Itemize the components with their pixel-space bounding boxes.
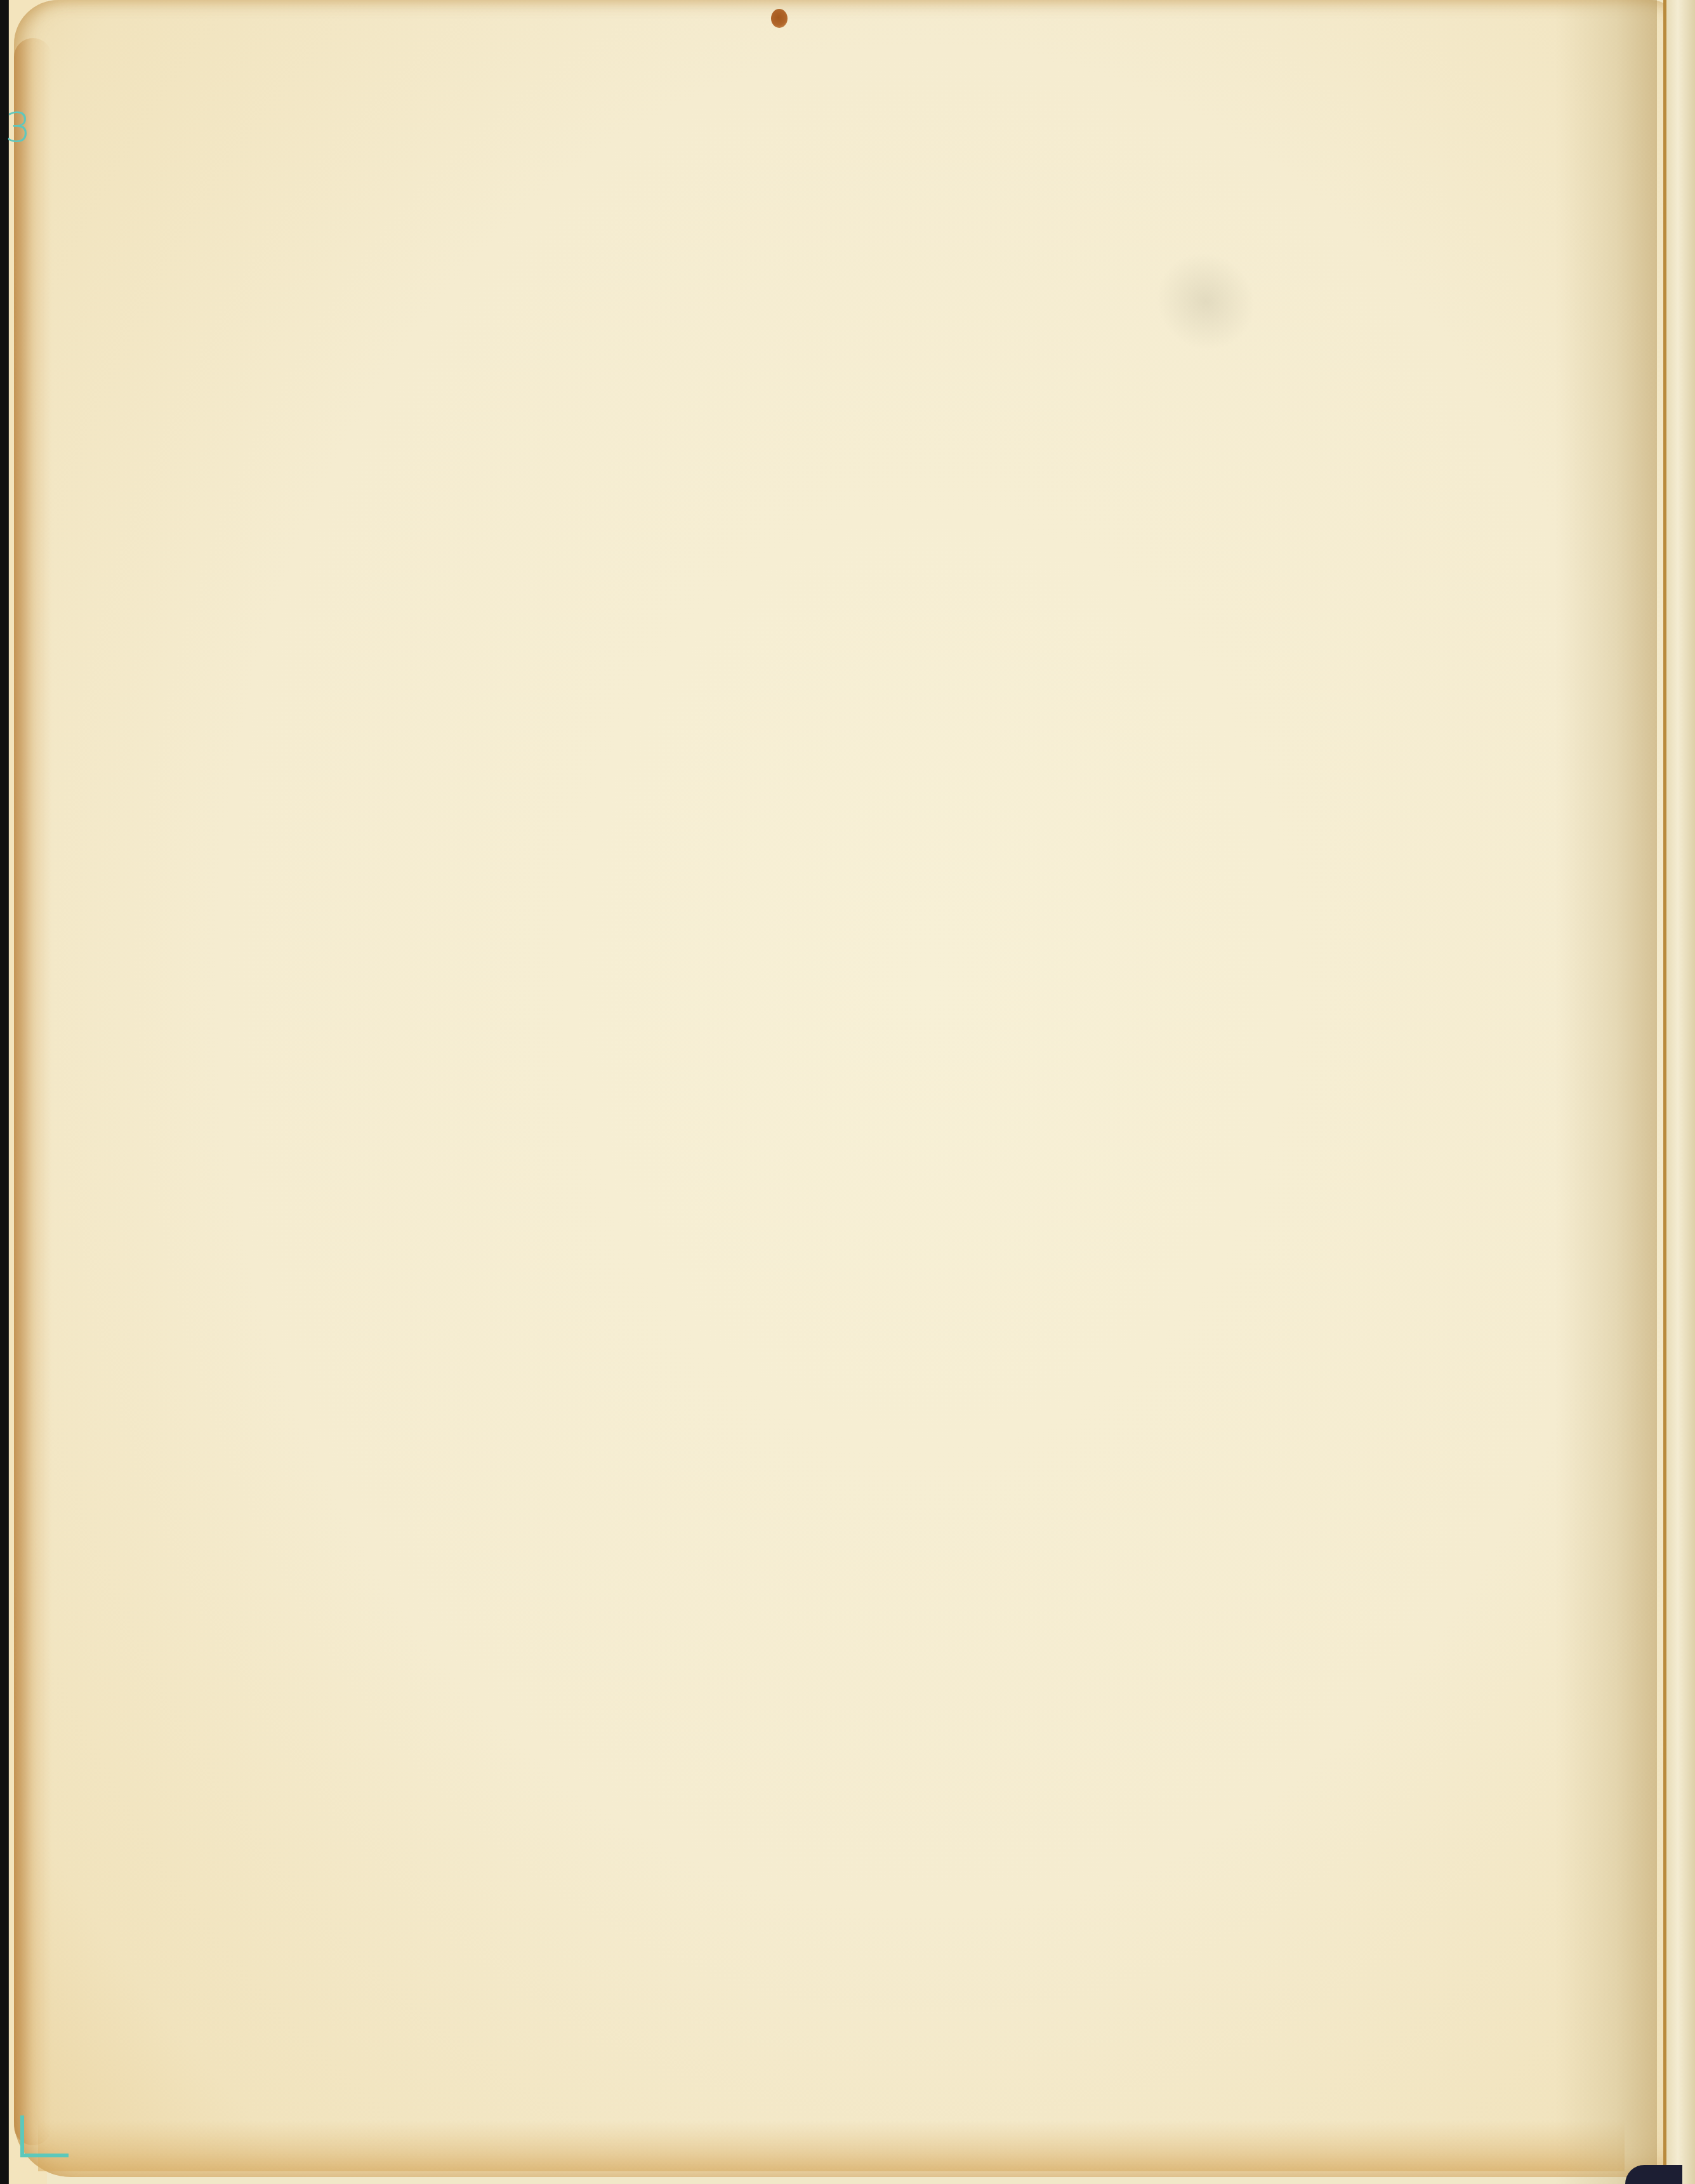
blank-book-leaf — [14, 0, 1677, 2177]
adjacent-page-edge — [1666, 0, 1695, 2184]
spine-shadow — [1555, 0, 1657, 2184]
scanner-background-corner — [1625, 2165, 1682, 2184]
pencil-corner-bracket — [20, 2115, 69, 2157]
pencil-mark-digit: 3 — [5, 108, 31, 149]
stain-spot — [771, 9, 788, 28]
left-edge-foxing — [14, 38, 52, 2145]
scanned-page: 3 — [0, 0, 1695, 2184]
bottom-edge-foxing — [38, 2121, 1625, 2171]
